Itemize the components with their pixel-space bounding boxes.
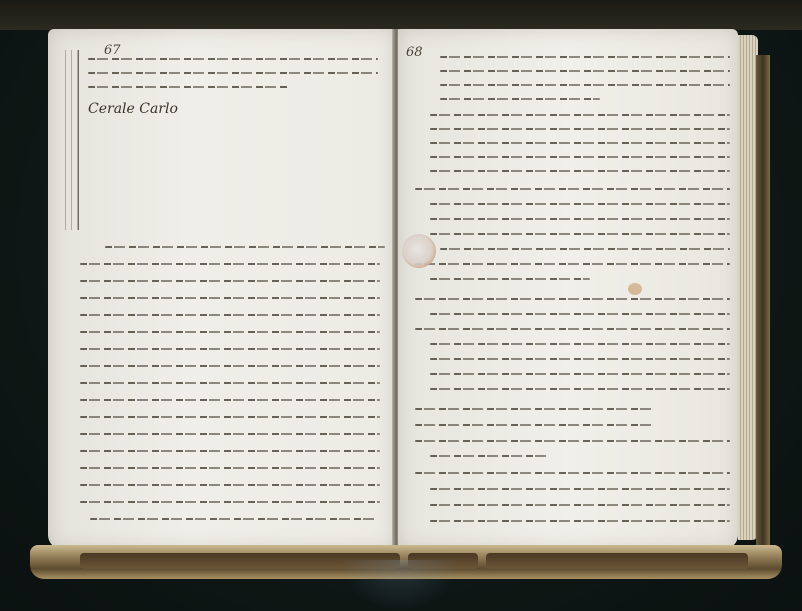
wax-seal-mark	[402, 234, 436, 268]
right-page: 68	[398, 29, 738, 549]
entry-name: Cerale Carlo	[88, 101, 178, 117]
margin-note	[60, 50, 78, 230]
left-page-number: 67	[104, 43, 121, 58]
margin-rule	[78, 50, 79, 230]
page-edges	[738, 35, 758, 540]
book-cover-edge	[756, 55, 770, 545]
right-page-number: 68	[406, 45, 423, 60]
paper-stain	[628, 283, 642, 295]
glass-reflection	[340, 560, 460, 611]
